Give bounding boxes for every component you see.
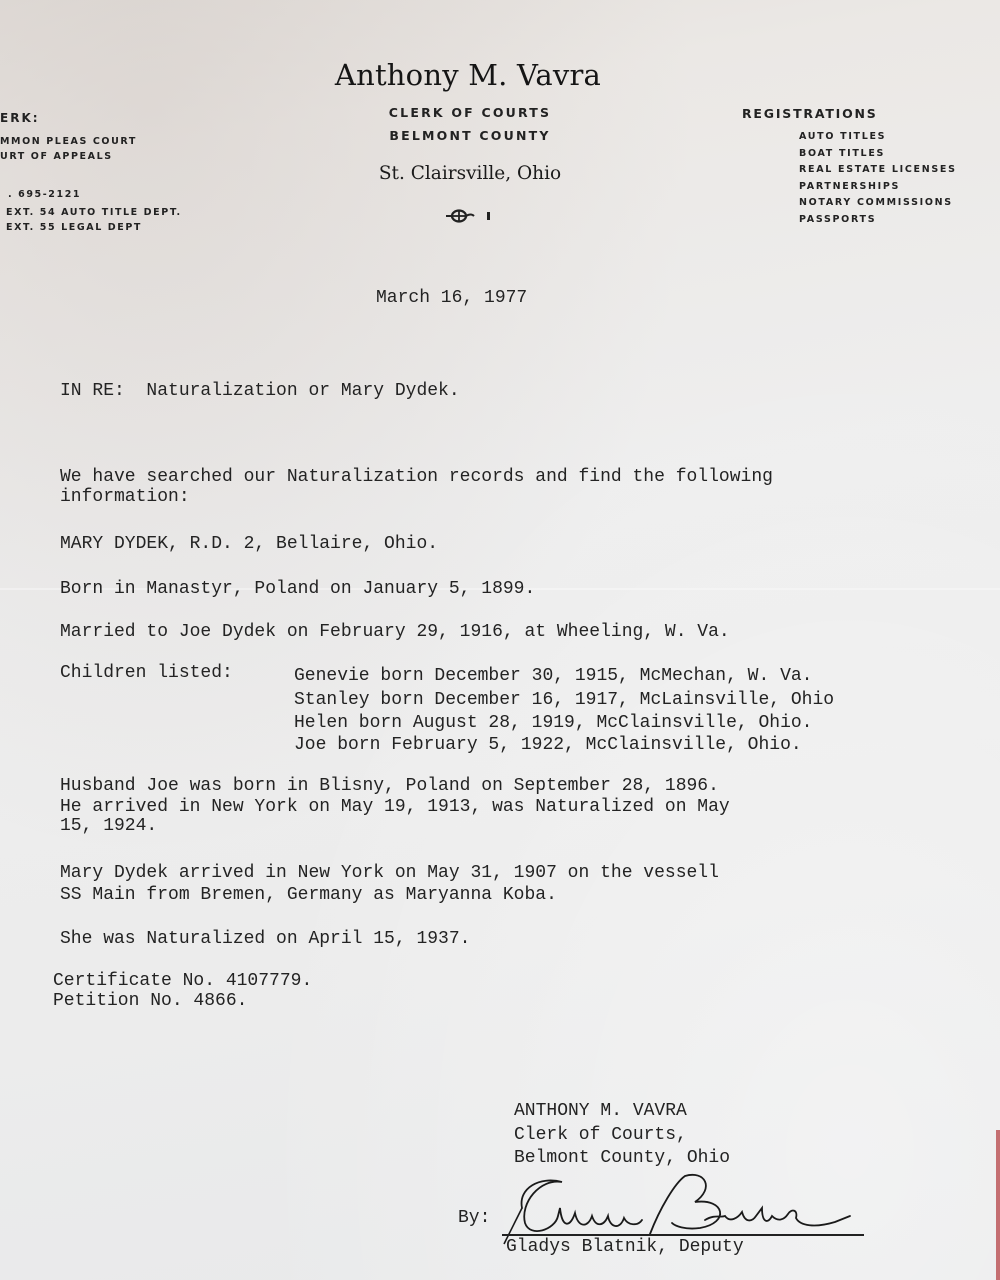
subject-name-address: MARY DYDEK, R.D. 2, Bellaire, Ohio.	[60, 533, 438, 555]
letter-subject: IN RE: Naturalization or Mary Dydek.	[60, 380, 460, 402]
deputy-name: Gladys Blatnik, Deputy	[506, 1236, 744, 1258]
husband-info: 15, 1924.	[60, 815, 157, 837]
child-entry: Joe born February 5, 1922, McClainsville…	[294, 734, 802, 756]
letter-date: March 16, 1977	[376, 287, 527, 309]
naturalization-date: She was Naturalized on April 15, 1937.	[60, 928, 470, 950]
registration-item: BOAT TITLES	[799, 146, 957, 163]
extension-line: EXT. 54 AUTO TITLE DEPT.	[6, 205, 182, 220]
registrations-list: AUTO TITLES BOAT TITLES REAL ESTATE LICE…	[799, 129, 957, 228]
certificate-number: Certificate No. 4107779.	[53, 970, 312, 992]
signer-name: ANTHONY M. VAVRA	[514, 1100, 687, 1122]
marriage-info: Married to Joe Dydek on February 29, 191…	[60, 621, 730, 643]
union-bug-icon	[446, 209, 496, 223]
child-entry: Stanley born December 16, 1917, McLainsv…	[294, 689, 834, 711]
left-heading: ERK:	[0, 111, 182, 126]
letterhead-county: BELMONT COUNTY	[340, 128, 600, 143]
registration-item: PARTNERSHIPS	[799, 179, 957, 196]
court-line: URT OF APPEALS	[0, 149, 182, 164]
phone-number: . 695-2121	[8, 187, 182, 202]
signer-title: Clerk of Courts,	[514, 1124, 687, 1146]
registration-item: REAL ESTATE LICENSES	[799, 162, 957, 179]
child-entry: Genevie born December 30, 1915, McMechan…	[294, 665, 812, 687]
by-label: By:	[458, 1207, 490, 1229]
background-edge	[996, 1130, 1000, 1280]
husband-info: He arrived in New York on May 19, 1913, …	[60, 796, 730, 818]
arrival-info: SS Main from Bremen, Germany as Maryanna…	[60, 884, 557, 906]
extension-line: EXT. 55 LEGAL DEPT	[6, 220, 182, 235]
husband-info: Husband Joe was born in Blisny, Poland o…	[60, 775, 719, 797]
letterhead-right-column: REGISTRATIONS AUTO TITLES BOAT TITLES RE…	[742, 106, 957, 228]
arrival-info: Mary Dydek arrived in New York on May 31…	[60, 862, 719, 884]
children-label: Children listed:	[60, 662, 233, 684]
intro-line: information:	[60, 486, 190, 508]
signer-county: Belmont County, Ohio	[514, 1147, 730, 1169]
birth-info: Born in Manastyr, Poland on January 5, 1…	[60, 578, 535, 600]
registration-item: NOTARY COMMISSIONS	[799, 195, 957, 212]
letterhead-city: St. Clairsville, Ohio	[340, 163, 600, 184]
court-line: MMON PLEAS COURT	[0, 134, 182, 149]
letterhead-title: CLERK OF COURTS	[340, 105, 600, 120]
registration-item: PASSPORTS	[799, 212, 957, 229]
intro-line: We have searched our Naturalization reco…	[60, 466, 773, 488]
letterhead-left-column: ERK: MMON PLEAS COURT URT OF APPEALS . 6…	[0, 111, 182, 235]
letterhead-name: Anthony M. Vavra	[318, 58, 618, 92]
registrations-heading: REGISTRATIONS	[742, 106, 957, 121]
child-entry: Helen born August 28, 1919, McClainsvill…	[294, 712, 812, 734]
petition-number: Petition No. 4866.	[53, 990, 247, 1012]
registration-item: AUTO TITLES	[799, 129, 957, 146]
